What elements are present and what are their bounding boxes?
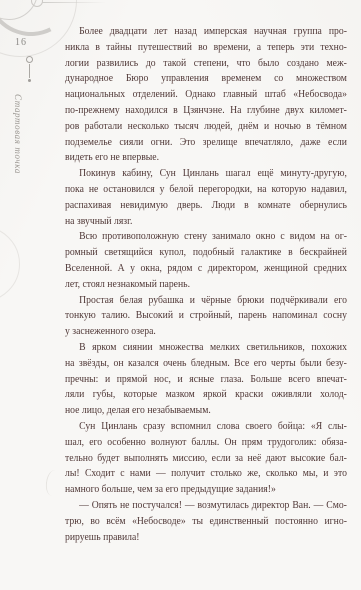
pin-dot [28, 79, 31, 82]
text-line: на звёзды, он казался очень бледным. Все… [65, 356, 347, 372]
text-line: пречны: и прямой нос, и ясные глаза. Бол… [65, 372, 347, 388]
text-line: Покинув кабину, Сун Цинлань шагал ещё ми… [65, 166, 347, 182]
text-line: подземелье сияли огни. Это зрелище впеча… [65, 135, 347, 151]
text-line: пока не остановился у белой перегородки,… [65, 182, 347, 198]
text-line: у заснеженного озера. [65, 324, 347, 340]
running-title: Стартовая точка [12, 94, 23, 174]
pin-ring [26, 56, 33, 63]
text-line: тонкую талию. Высокий и стройный, парень… [65, 308, 347, 324]
page-number: 16 [15, 37, 27, 48]
text-line: ров работали несколько тысяч людей, днём… [65, 119, 347, 135]
text-block: Более двадцати лет назад имперская научн… [65, 24, 347, 545]
text-line: видеть его не впервые. [65, 150, 347, 166]
text-line: лы! Сходит с нами — получит столько же, … [65, 466, 347, 482]
text-line: по-прежнему находился в Цзянчэне. На глу… [65, 103, 347, 119]
pin-stem [29, 64, 30, 78]
text-line: В ярком сиянии множества мелких светильн… [65, 340, 347, 356]
text-line: тельно будет выполнять миссию, если за н… [65, 451, 347, 467]
pin-ornament-icon [26, 56, 33, 83]
ring-outer-icon [0, 0, 38, 20]
text-line: Сун Цинлань сразу вспомнил слова своего … [65, 419, 347, 435]
text-line: Простая белая рубашка и чёрные брюки под… [65, 293, 347, 309]
text-line: лет, стоял незнакомый парень. [65, 277, 347, 293]
ring-small-icon [31, 0, 43, 7]
paper-crease-mark [44, 469, 62, 497]
text-line: распахивая невидимую дверь. Люди в комна… [65, 198, 347, 214]
text-line: никла в тайны путешествий во времени, а … [65, 40, 347, 56]
text-line: на звучный лязг. [65, 214, 347, 230]
text-line: ромный светящийся купол, подобный галакт… [65, 245, 347, 261]
book-page: 16 Стартовая точка Более двадцати лет на… [0, 0, 361, 590]
text-line: Вселенной. А у окна, рядом с директором,… [65, 261, 347, 277]
text-line: намного больше, чем за его предыдущие за… [65, 482, 347, 498]
text-line: рируешь правила! [65, 530, 347, 546]
text-line: дународное Бюро управления временем со м… [65, 71, 347, 87]
text-line: шал, его особенно волнуют баллы. Он прям… [65, 435, 347, 451]
text-line: ляли губы, которые мазком яркой краски о… [65, 387, 347, 403]
text-line: национальных отделений. Однако главный ш… [65, 87, 347, 103]
faint-arc-ornament [0, 226, 20, 302]
text-line: — Опять не постучался! — возмутилась дир… [65, 498, 347, 514]
text-line: логии развились до такой степени, что бы… [65, 56, 347, 72]
text-line: Всю противоположную стену занимало окно … [65, 229, 347, 245]
text-line: трю, во всём «Небосводе» ты единственный… [65, 514, 347, 530]
text-line: ное лицо, делая его незабываемым. [65, 403, 347, 419]
text-line: Более двадцати лет назад имперская научн… [65, 24, 347, 40]
ornament-rule-line [42, 2, 106, 3]
